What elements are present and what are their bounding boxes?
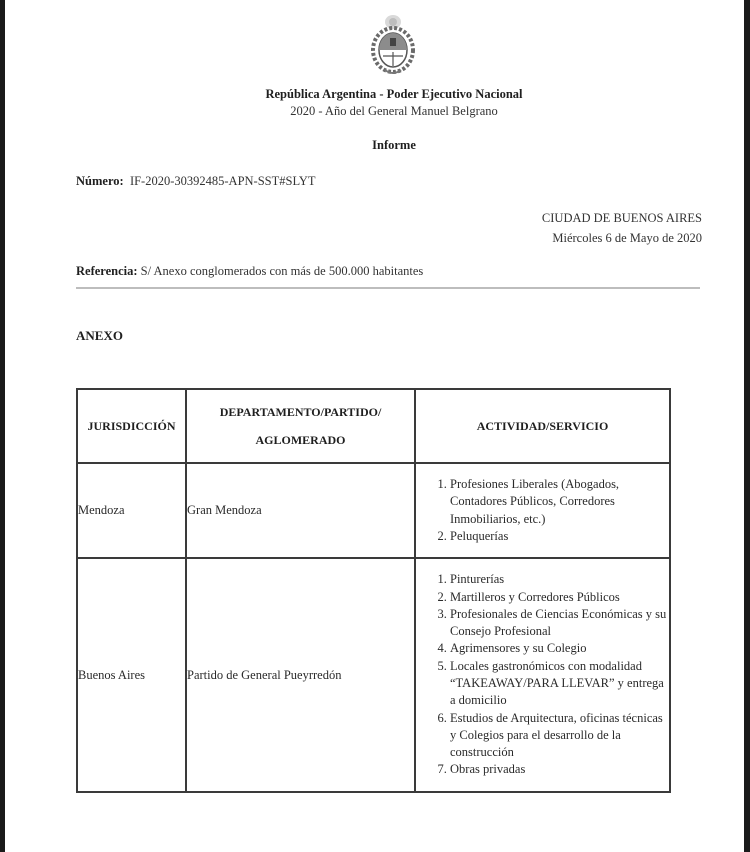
header-jurisdiccion: JURISDICCIÓN	[77, 389, 186, 463]
list-item: Martilleros y Corredores Públicos	[450, 589, 669, 606]
header-actividad: ACTIVIDAD/SERVICIO	[415, 389, 670, 463]
numero-value: IF-2020-30392485-APN-SST#SLYT	[130, 174, 316, 188]
argentina-coat-of-arms-icon	[365, 12, 421, 76]
list-item: Peluquerías	[450, 528, 669, 545]
table-header-row: JURISDICCIÓN DEPARTAMENTO/PARTIDO/ AGLOM…	[77, 389, 670, 463]
date: Miércoles 6 de Mayo de 2020	[552, 231, 702, 246]
document-type: Informe	[5, 138, 750, 153]
header-departamento: DEPARTAMENTO/PARTIDO/ AGLOMERADO	[186, 389, 415, 463]
reference: Referencia: S/ Anexo conglomerados con m…	[76, 264, 423, 279]
header-departamento-line1: DEPARTAMENTO/PARTIDO/	[220, 405, 382, 419]
list-item: Estudios de Arquitectura, oficinas técni…	[450, 710, 669, 762]
header-departamento-line2: AGLOMERADO	[256, 433, 346, 447]
list-item: Pinturerías	[450, 571, 669, 588]
activity-list: Profesiones Liberales (Abogados, Contado…	[416, 476, 669, 545]
annex-table: JURISDICCIÓN DEPARTAMENTO/PARTIDO/ AGLOM…	[76, 388, 671, 793]
section-title: ANEXO	[76, 328, 123, 344]
divider	[76, 287, 700, 289]
cell-actividades: Profesiones Liberales (Abogados, Contado…	[415, 463, 670, 558]
list-item: Locales gastronómicos con modalidad “TAK…	[450, 658, 669, 710]
referencia-label: Referencia:	[76, 264, 138, 278]
cell-departamento: Partido de General Pueyrredón	[186, 558, 415, 792]
list-item: Profesionales de Ciencias Económicas y s…	[450, 606, 669, 641]
table-row: Buenos Aires Partido de General Pueyrred…	[77, 558, 670, 792]
activity-list: Pinturerías Martilleros y Corredores Púb…	[416, 571, 669, 779]
cell-jurisdiccion: Mendoza	[77, 463, 186, 558]
list-item: Agrimensores y su Colegio	[450, 640, 669, 657]
referencia-value: S/ Anexo conglomerados con más de 500.00…	[141, 264, 424, 278]
numero-label: Número:	[76, 174, 124, 188]
cell-jurisdiccion: Buenos Aires	[77, 558, 186, 792]
city: CIUDAD DE BUENOS AIRES	[542, 211, 702, 226]
header-title: República Argentina - Poder Ejecutivo Na…	[5, 87, 750, 102]
list-item: Obras privadas	[450, 761, 669, 778]
cell-departamento: Gran Mendoza	[186, 463, 415, 558]
table-row: Mendoza Gran Mendoza Profesiones Liberal…	[77, 463, 670, 558]
cell-actividades: Pinturerías Martilleros y Corredores Púb…	[415, 558, 670, 792]
document-page: República Argentina - Poder Ejecutivo Na…	[5, 0, 744, 852]
header-subtitle: 2020 - Año del General Manuel Belgrano	[5, 104, 750, 119]
document-number: Número: IF-2020-30392485-APN-SST#SLYT	[76, 174, 316, 189]
list-item: Profesiones Liberales (Abogados, Contado…	[450, 476, 669, 528]
